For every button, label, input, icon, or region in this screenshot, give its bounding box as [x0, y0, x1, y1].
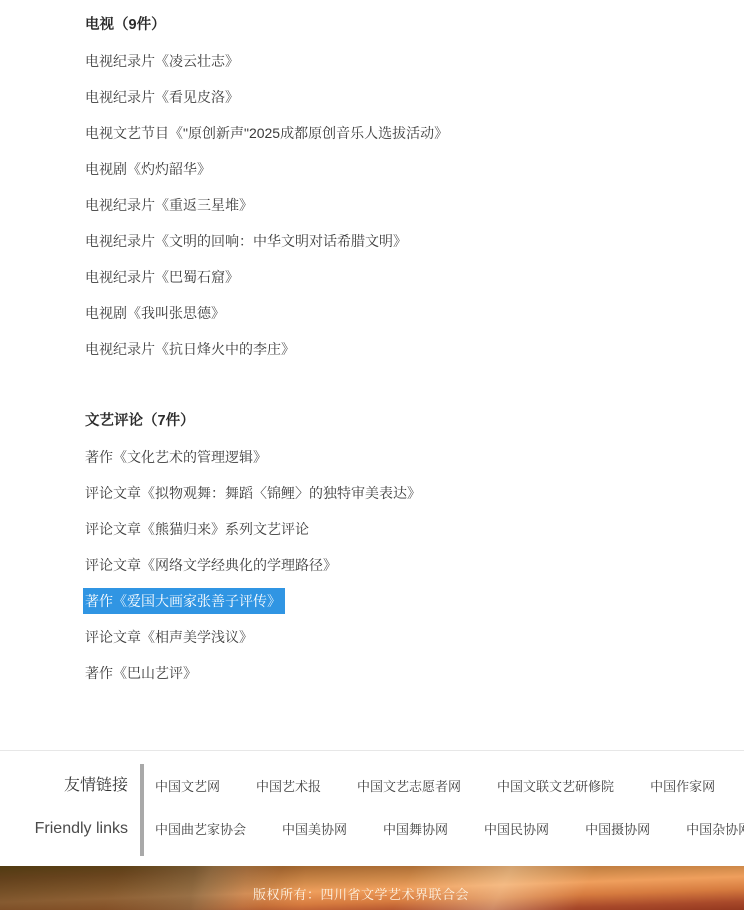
- friendly-link[interactable]: 中国曲艺家协会: [155, 819, 246, 838]
- friendly-links-label: 友情链接 Friendly links: [0, 764, 128, 850]
- list-item: 电视文艺节目《"原创新声"2025成都原创音乐人选拔活动》: [85, 115, 744, 151]
- list-item: 著作《文化艺术的管理逻辑》: [85, 439, 744, 475]
- list-item: 评论文章《拟物观舞：舞蹈〈锦鲤〉的独特审美表达》: [85, 475, 744, 511]
- friendly-link[interactable]: 中国民协网: [484, 819, 549, 838]
- list-item: 电视纪录片《看见皮洛》: [85, 79, 744, 115]
- list-item: 电视纪录片《文明的回响：中华文明对话希腊文明》: [85, 223, 744, 259]
- friendly-link[interactable]: 中国美协网: [282, 819, 347, 838]
- friendly-link[interactable]: 中国艺术报: [256, 776, 321, 795]
- list-item: 电视剧《我叫张思德》: [85, 295, 744, 331]
- friendly-link[interactable]: 中国摄协网: [585, 819, 650, 838]
- list-item: 电视纪录片《重返三星堆》: [85, 187, 744, 223]
- copyright-bar: 版权所有：四川省文学艺术界联合会: [0, 866, 744, 910]
- list-item: 电视纪录片《抗日烽火中的李庄》: [85, 331, 744, 367]
- section-heading: 文艺评论（7件）: [85, 403, 744, 439]
- footer: 友情链接 Friendly links 中国文艺网中国艺术报中国文艺志愿者网中国…: [0, 750, 744, 856]
- friendly-links-row: 中国文艺网中国艺术报中国文艺志愿者网中国文联文艺研修院中国作家网: [155, 764, 744, 807]
- friendly-link[interactable]: 中国文联文艺研修院: [497, 776, 614, 795]
- friendly-link[interactable]: 中国作家网: [650, 776, 715, 795]
- friendly-links-label-zh: 友情链接: [0, 764, 128, 807]
- works-section: 文艺评论（7件）著作《文化艺术的管理逻辑》评论文章《拟物观舞：舞蹈〈锦鲤〉的独特…: [85, 403, 744, 691]
- friendly-link[interactable]: 中国文艺志愿者网: [357, 776, 461, 795]
- list-item: 评论文章《相声美学浅议》: [85, 619, 744, 655]
- copyright-text: 版权所有：四川省文学艺术界联合会: [253, 884, 469, 903]
- list-item: 电视纪录片《巴蜀石窟》: [85, 259, 744, 295]
- list-item: 电视纪录片《凌云壮志》: [85, 43, 744, 79]
- list-item: 著作《爱国大画家张善子评传》: [85, 583, 744, 619]
- friendly-links-label-en: Friendly links: [0, 807, 128, 850]
- friendly-link[interactable]: 中国舞协网: [383, 819, 448, 838]
- list-item: 评论文章《熊猫归来》系列文艺评论: [85, 511, 744, 547]
- list-item: 著作《巴山艺评》: [85, 655, 744, 691]
- works-list: 电视（9件）电视纪录片《凌云壮志》电视纪录片《看见皮洛》电视文艺节目《"原创新声…: [0, 0, 744, 691]
- list-item: 电视剧《灼灼韶华》: [85, 151, 744, 187]
- friendly-links-list: 中国文艺网中国艺术报中国文艺志愿者网中国文联文艺研修院中国作家网中国曲艺家协会中…: [155, 764, 744, 850]
- works-section: 电视（9件）电视纪录片《凌云壮志》电视纪录片《看见皮洛》电视文艺节目《"原创新声…: [85, 7, 744, 367]
- friendly-links-panel: 友情链接 Friendly links 中国文艺网中国艺术报中国文艺志愿者网中国…: [0, 751, 744, 856]
- page: 电视（9件）电视纪录片《凌云壮志》电视纪录片《看见皮洛》电视文艺节目《"原创新声…: [0, 0, 744, 691]
- friendly-link[interactable]: 中国杂协网: [686, 819, 744, 838]
- list-item: 评论文章《网络文学经典化的学理路径》: [85, 547, 744, 583]
- section-heading: 电视（9件）: [85, 7, 744, 43]
- selected-text: 著作《爱国大画家张善子评传》: [83, 588, 285, 614]
- friendly-link[interactable]: 中国文艺网: [155, 776, 220, 795]
- friendly-links-row: 中国曲艺家协会中国美协网中国舞协网中国民协网中国摄协网中国杂协网: [155, 807, 744, 850]
- vertical-divider: [140, 764, 144, 856]
